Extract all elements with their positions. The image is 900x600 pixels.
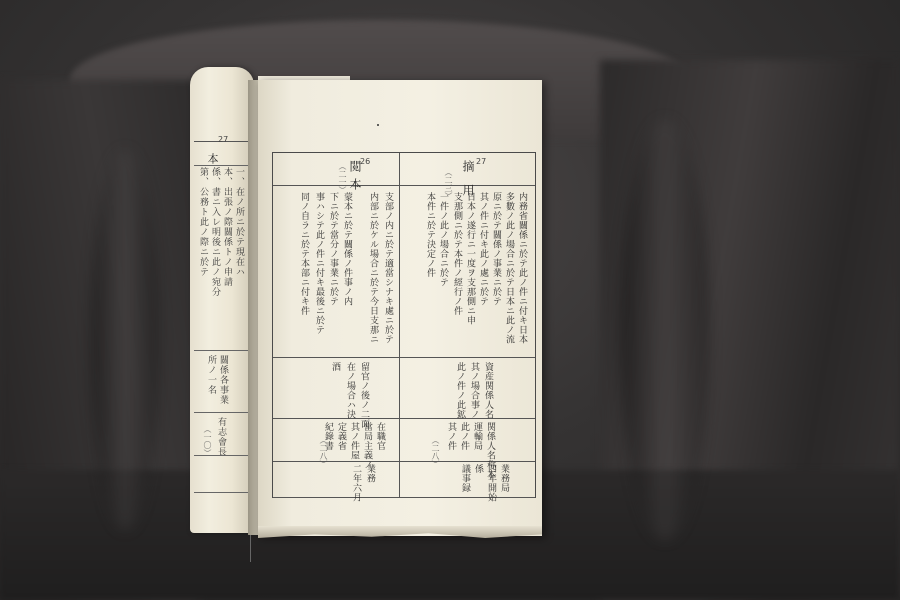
rolled-page-divider: [194, 165, 250, 166]
rolled-page-column: 一、在ノ所ニ於テ現在ハ: [234, 167, 244, 277]
cloth-fold: [620, 120, 710, 540]
cloth-fold: [90, 150, 160, 530]
rolled-page-column: 係、書ニ入レ明後ニ此ノ宛分: [210, 167, 220, 297]
table-row-divider: [273, 357, 535, 358]
rolled-page-column: 所ノ一名: [206, 355, 216, 395]
right-row2-column: 資産関係人名: [482, 362, 493, 419]
right-section-column: 内務省關係ニ於テ此ノ件ニ付キ日本: [516, 192, 527, 344]
right-row3-column: 運輸局: [471, 422, 482, 451]
right-row2-column: 此ノ件ノ此鉱: [454, 362, 465, 419]
rolled-page: 27 本 一、在ノ所ニ於テ現在ハ 本、出張ノ際關係トノ申請 係、書ニ入レ明後ニ此…: [190, 67, 254, 533]
table-row-divider: [273, 418, 535, 419]
table-column-divider: [399, 153, 400, 498]
rolled-page-column: 關係各事業: [218, 355, 228, 405]
left-section-column: 支部ノ内ニ於テ適當シナキ處ニ於テ: [382, 192, 393, 344]
rolled-page-divider: [194, 492, 250, 493]
ink-speck: [377, 124, 379, 126]
right-section-page-number: 27: [476, 157, 486, 166]
rolled-page-number: 27: [218, 135, 228, 144]
right-row3-column: 此ノ件: [458, 422, 469, 451]
rolled-page-divider: [194, 350, 250, 351]
left-row4-column: 二年六月: [350, 464, 361, 502]
left-row2-column: 酒: [329, 362, 340, 372]
left-section-column: 蒙本ニ於テ關係ノ件事ノ内: [341, 192, 352, 306]
left-section-page-number: 26: [360, 157, 370, 166]
right-row4-column: 議事録: [459, 464, 470, 493]
left-section-column: 同ノ自ラニ於テ本部ニ付キ件: [298, 192, 309, 316]
right-section-column: 其ノ件ニ付キ此ノ處ニ於テ: [477, 192, 488, 306]
left-section-column: 内部ニ於ケル場合ニ於テ今日支那ニ: [367, 192, 378, 344]
right-section-column: 原ニ於テ關係ノ事業ニ於テ: [490, 192, 501, 306]
rolled-page-column: 第、公務ト此ノ際ニ於テ: [198, 167, 208, 277]
rolled-page-divider: [194, 455, 250, 456]
right-section-column: 日本ノ遂行ニ一度ヲ支那側ニ申: [464, 192, 475, 325]
left-row2-column: 留官ノ後ノ二面: [358, 362, 369, 429]
left-row3-column: 當局主義ノ: [361, 422, 372, 470]
left-section-column: 下ニ於テ當分ノ事業ニ於テ: [327, 192, 338, 306]
left-row3-column: 其ノ件屋: [348, 422, 359, 460]
right-row4-column: 四年開始: [485, 464, 496, 502]
right-row2-column: 其ノ場合事ノ: [468, 362, 479, 419]
left-row4-column: 業務: [364, 464, 375, 483]
left-row3-column: 定義省: [335, 422, 346, 451]
table-header-divider: [273, 185, 535, 186]
right-row4-column: 業務局: [498, 464, 509, 493]
right-row3-column: 其ノ件: [445, 422, 456, 451]
right-section-column: 本件ニ於テ決定ノ件: [424, 192, 435, 278]
right-section-column: 一件ノ此ノ場合ニ於テ: [437, 192, 448, 287]
left-row3-column: 在職官: [374, 422, 385, 451]
rolled-page-divider: [194, 412, 250, 413]
left-row3-paren: （二八）: [318, 436, 329, 468]
right-row3-paren: （二八）: [430, 436, 441, 468]
rolled-page-column: 有志會長: [216, 417, 226, 457]
table-row-divider: [273, 461, 535, 462]
rolled-page-paren: （一〇）: [202, 425, 213, 457]
left-section-column: 事ハシテ此ノ件ニ付キ最後ニ於テ: [313, 192, 324, 335]
right-section-column: 多數ノ此ノ場合ニ於テ日本ニ此ノ流: [503, 192, 514, 344]
right-row4-column: 係: [472, 464, 483, 474]
rolled-page-column: 本、出張ノ際關係トノ申請: [222, 167, 232, 287]
right-section-column: 支那側ニ於テ本件ノ經行ノ件: [451, 192, 462, 316]
left-row2-column: 在ノ場合ハ決: [344, 362, 355, 419]
